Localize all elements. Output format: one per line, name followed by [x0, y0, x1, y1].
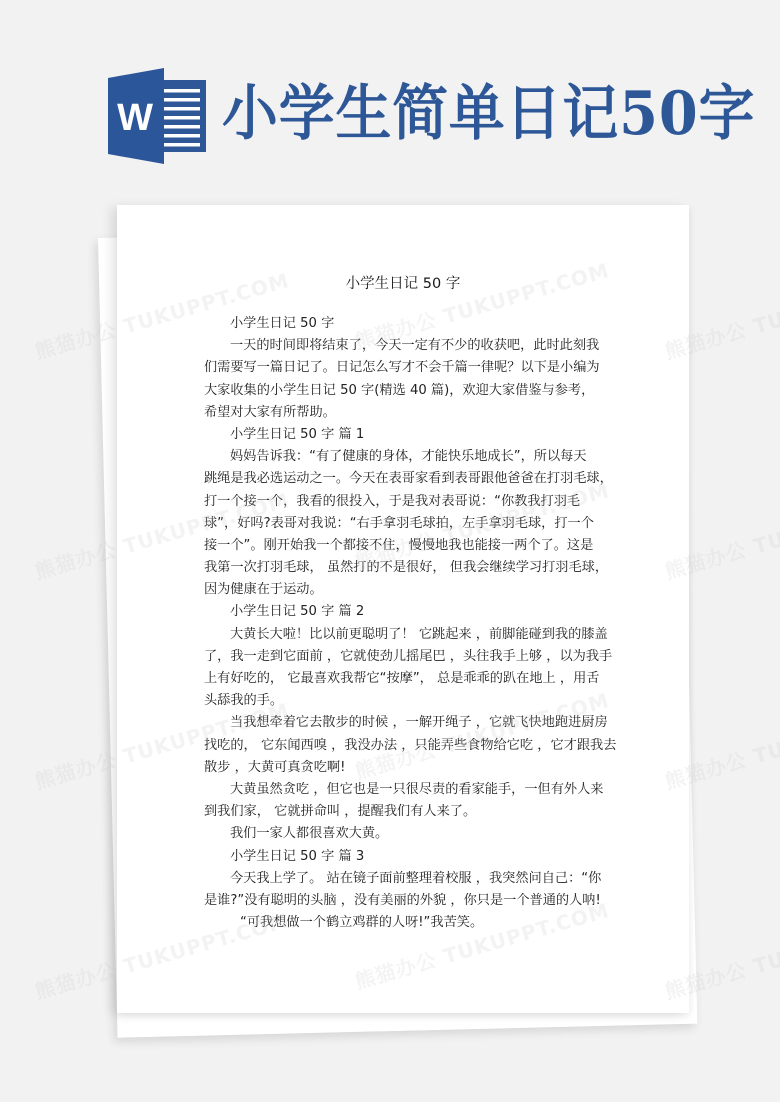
document-line: 小学生日记 50 字 篇 2 — [204, 601, 614, 623]
document-line: 接一个”。刚开始我一个都接不住，慢慢地我也能接一两个了。这是 — [204, 535, 614, 557]
document-line: 了，我一走到它面前 ，它就使劲儿摇尾巴 ，头往我手上够 ，以为我手 — [204, 646, 614, 668]
document-line: 小学生日记 50 字 篇 3 — [204, 846, 614, 868]
document-page: 小学生日记 50 字 小学生日记 50 字一天的时间即将结束了，今天一定有不少的… — [117, 205, 689, 1013]
banner-title: 小学生简单日记50字 — [222, 72, 755, 156]
document-line: 球”，好吗?表哥对我说：“右手拿羽毛球拍，左手拿羽毛球，打一个 — [204, 513, 614, 535]
word-icon-letter: W — [117, 97, 153, 139]
document-line: 当我想牵着它去散步的时候 ，一解开绳子 ，它就飞快地跑进厨房 — [204, 712, 614, 734]
document-line: 跳绳是我必选运动之一。今天在表哥家看到表哥跟他爸爸在打羽毛球， — [204, 468, 614, 490]
document-line: 打一个接一个，我看的很投入，于是我对表哥说：“你教我打羽毛 — [204, 491, 614, 513]
document-line: 小学生日记 50 字 篇 1 — [204, 424, 614, 446]
document-line: 是谁?”没有聪明的头脑 ，没有美丽的外貌 ，你只是一个普通的人呐! — [204, 890, 614, 912]
document-line: 小学生日记 50 字 — [204, 313, 614, 335]
document-line: 妈妈告诉我：“有了健康的身体，才能快乐地成长”，所以每天 — [204, 446, 614, 468]
document-line: 散步 ，大黄可真贪吃啊! — [204, 757, 614, 779]
document-line: 大黄长大啦！比以前更聪明了！ 它跳起来 ，前脚能碰到我的膝盖 — [204, 624, 614, 646]
document-line: 头舔我的手。 — [204, 690, 614, 712]
document-line: 我第一次打羽毛球， 虽然打的不是很好， 但我会继续学习打羽毛球， — [204, 557, 614, 579]
document-line: 因为健康在于运动。 — [204, 579, 614, 601]
document-title: 小学生日记 50 字 — [117, 275, 689, 293]
document-line: 今天我上学了。 站在镜子面前整理着校服 ，我突然问自己：“你 — [204, 868, 614, 890]
document-line: 希望对大家有所帮助。 — [204, 402, 614, 424]
document-line: 一天的时间即将结束了，今天一定有不少的收获吧，此时此刻我 — [204, 335, 614, 357]
document-line: 上有好吃的， 它最喜欢我帮它“按摩”， 总是乖乖的趴在地上 ，用舌 — [204, 668, 614, 690]
document-line: 大黄虽然贪吃 ，但它也是一只很尽责的看家能手，一但有外人来 — [204, 779, 614, 801]
document-line: 到我们家， 它就拼命叫 ，提醒我们有人来了。 — [204, 801, 614, 823]
document-line: 我们一家人都很喜欢大黄。 — [204, 823, 614, 845]
document-line: “可我想做一个鹤立鸡群的人呀!”我苦笑。 — [204, 912, 614, 934]
word-document-icon: W — [108, 68, 208, 164]
document-line: 们需要写一篇日记了。日记怎么写才不会千篇一律呢？以下是小编为 — [204, 357, 614, 379]
header-banner: W 小学生简单日记50字 — [0, 0, 780, 200]
document-line: 找吃的， 它东闻西嗅 ，我没办法 ，只能弄些食物给它吃 ，它才跟我去 — [204, 735, 614, 757]
document-line: 大家收集的小学生日记 50 字(精选 40 篇)，欢迎大家借鉴与参考， — [204, 380, 614, 402]
document-body: 小学生日记 50 字一天的时间即将结束了，今天一定有不少的收获吧，此时此刻我们需… — [204, 313, 614, 934]
